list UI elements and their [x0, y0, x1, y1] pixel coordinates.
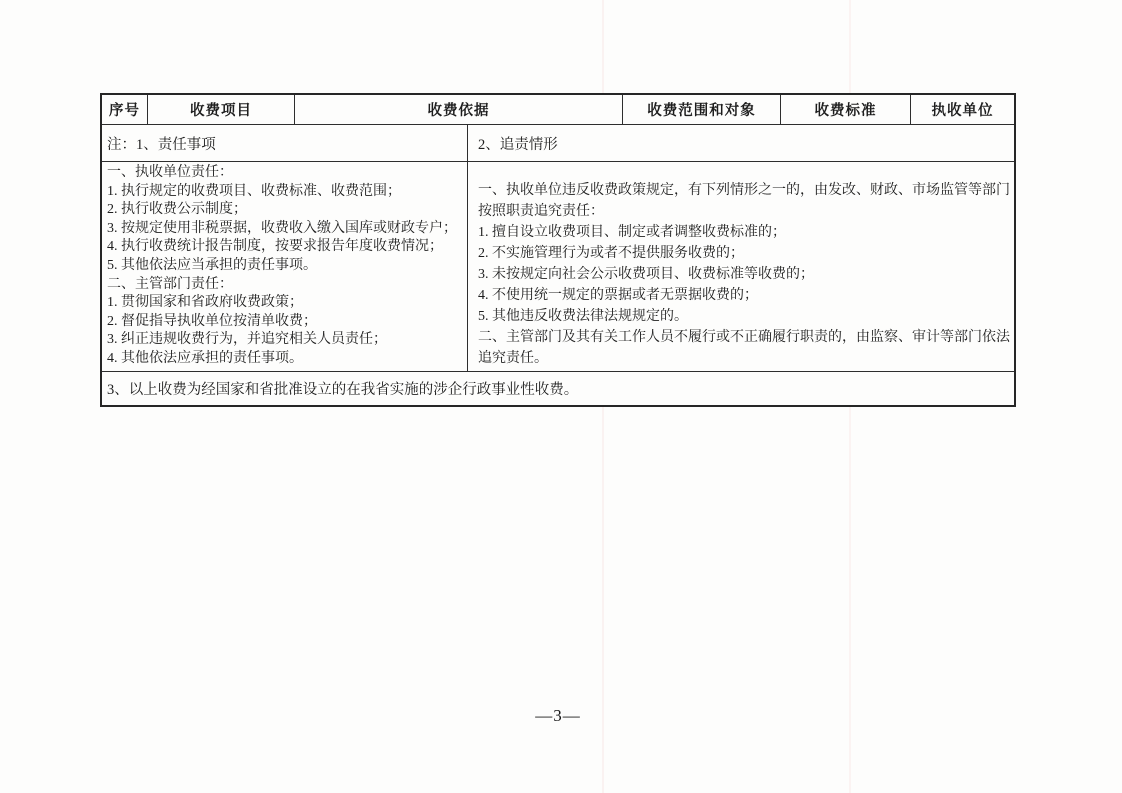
column-header-serial-number: 序号: [102, 95, 148, 124]
note-accountability-label: 2、追责情形: [468, 125, 1014, 161]
page-number: —3—: [100, 706, 1016, 726]
text-line: 按照职责追究责任：: [478, 201, 1010, 222]
footer-note-row: 3、以上收费为经国家和省批准设立的在我省实施的涉企行政事业性收费。: [102, 372, 1014, 405]
text-line: 2. 督促指导执收单位按清单收费；: [107, 313, 465, 332]
text-line: 1. 擅自设立收费项目、制定或者调整收费标准的；: [478, 222, 1010, 243]
text-line: 3. 未按规定向社会公示收费项目、收费标准等收费的；: [478, 264, 1010, 285]
text-line: 二、主管部门责任：: [107, 276, 465, 295]
text-line: 追究责任。: [478, 348, 1010, 369]
note-header-row: 注：1、责任事项 2、追责情形: [102, 125, 1014, 162]
text-line: 二、主管部门及其有关工作人员不履行或不正确履行职责的，由监察、审计等部门依法: [478, 327, 1010, 348]
responsibility-section: 一、执收单位责任： 1. 执行规定的收费项目、收费标准、收费范围； 2. 执行收…: [102, 162, 468, 371]
text-line: 5. 其他违反收费法律法规规定的。: [478, 306, 1010, 327]
accountability-section: 一、执收单位违反收费政策规定，有下列情形之一的，由发改、财政、市场监管等部门 按…: [468, 162, 1014, 371]
text-line: 一、执收单位责任：: [107, 164, 465, 183]
fee-list-table: 序号 收费项目 收费依据 收费范围和对象 收费标准 执收单位 注：1、责任事项 …: [100, 93, 1016, 407]
text-line: 4. 执行收费统计报告制度，按要求报告年度收费情况；: [107, 238, 465, 257]
text-line: 1. 执行规定的收费项目、收费标准、收费范围；: [107, 183, 465, 202]
note-content-row: 一、执收单位责任： 1. 执行规定的收费项目、收费标准、收费范围； 2. 执行收…: [102, 162, 1014, 372]
column-header-collecting-unit: 执收单位: [911, 95, 1014, 124]
text-line: 4. 其他依法应承担的责任事项。: [107, 350, 465, 369]
text-line: 3. 纠正违规收费行为，并追究相关人员责任；: [107, 331, 465, 350]
text-line: 一、执收单位违反收费政策规定，有下列情形之一的，由发改、财政、市场监管等部门: [478, 180, 1010, 201]
column-header-fee-standard: 收费标准: [781, 95, 911, 124]
text-line: 4. 不使用统一规定的票据或者无票据收费的；: [478, 285, 1010, 306]
text-line: 3. 按规定使用非税票据，收费收入缴入国库或财政专户；: [107, 220, 465, 239]
column-header-fee-basis: 收费依据: [295, 95, 623, 124]
footer-note-text: 3、以上收费为经国家和省批准设立的在我省实施的涉企行政事业性收费。: [102, 372, 578, 405]
column-header-fee-item: 收费项目: [148, 95, 295, 124]
note-responsibility-label: 注：1、责任事项: [102, 125, 468, 161]
text-line: 1. 贯彻国家和省政府收费政策；: [107, 294, 465, 313]
column-header-fee-scope: 收费范围和对象: [623, 95, 781, 124]
scanned-document-page: 序号 收费项目 收费依据 收费范围和对象 收费标准 执收单位 注：1、责任事项 …: [0, 0, 1122, 793]
table-header-row: 序号 收费项目 收费依据 收费范围和对象 收费标准 执收单位: [102, 95, 1014, 125]
text-line: 2. 不实施管理行为或者不提供服务收费的；: [478, 243, 1010, 264]
text-line: 2. 执行收费公示制度；: [107, 201, 465, 220]
text-line: 5. 其他依法应当承担的责任事项。: [107, 257, 465, 276]
